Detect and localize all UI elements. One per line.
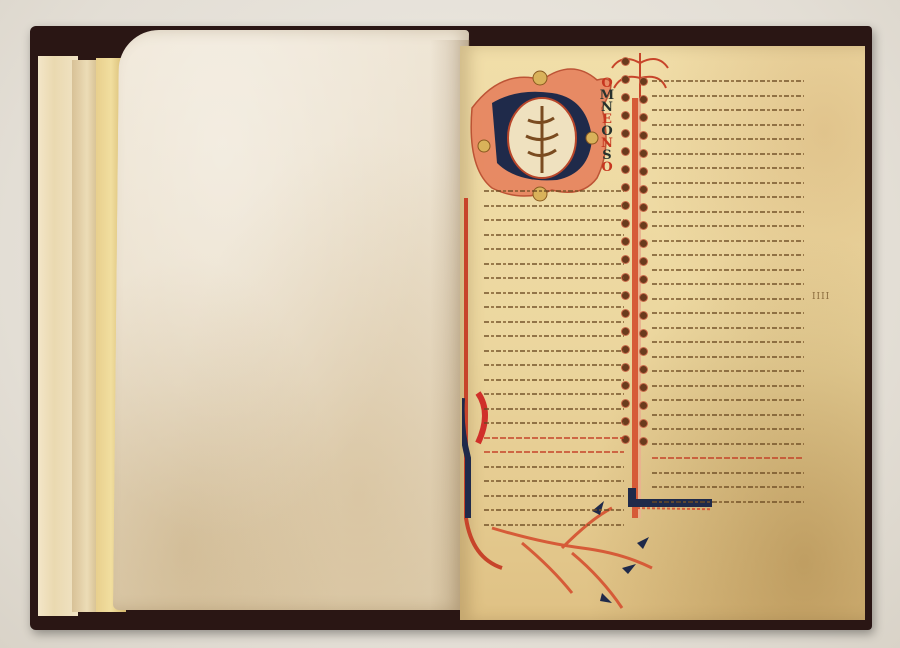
- text-column-right: [652, 80, 804, 515]
- marginal-note: IIII: [812, 292, 830, 302]
- bead-border-left: [640, 78, 648, 445]
- rubric-letter: O: [601, 162, 612, 174]
- left-blank-page: [113, 30, 469, 610]
- text-column-left: [484, 190, 624, 538]
- vertical-rubric-letters: O M N E O N S O: [598, 78, 616, 174]
